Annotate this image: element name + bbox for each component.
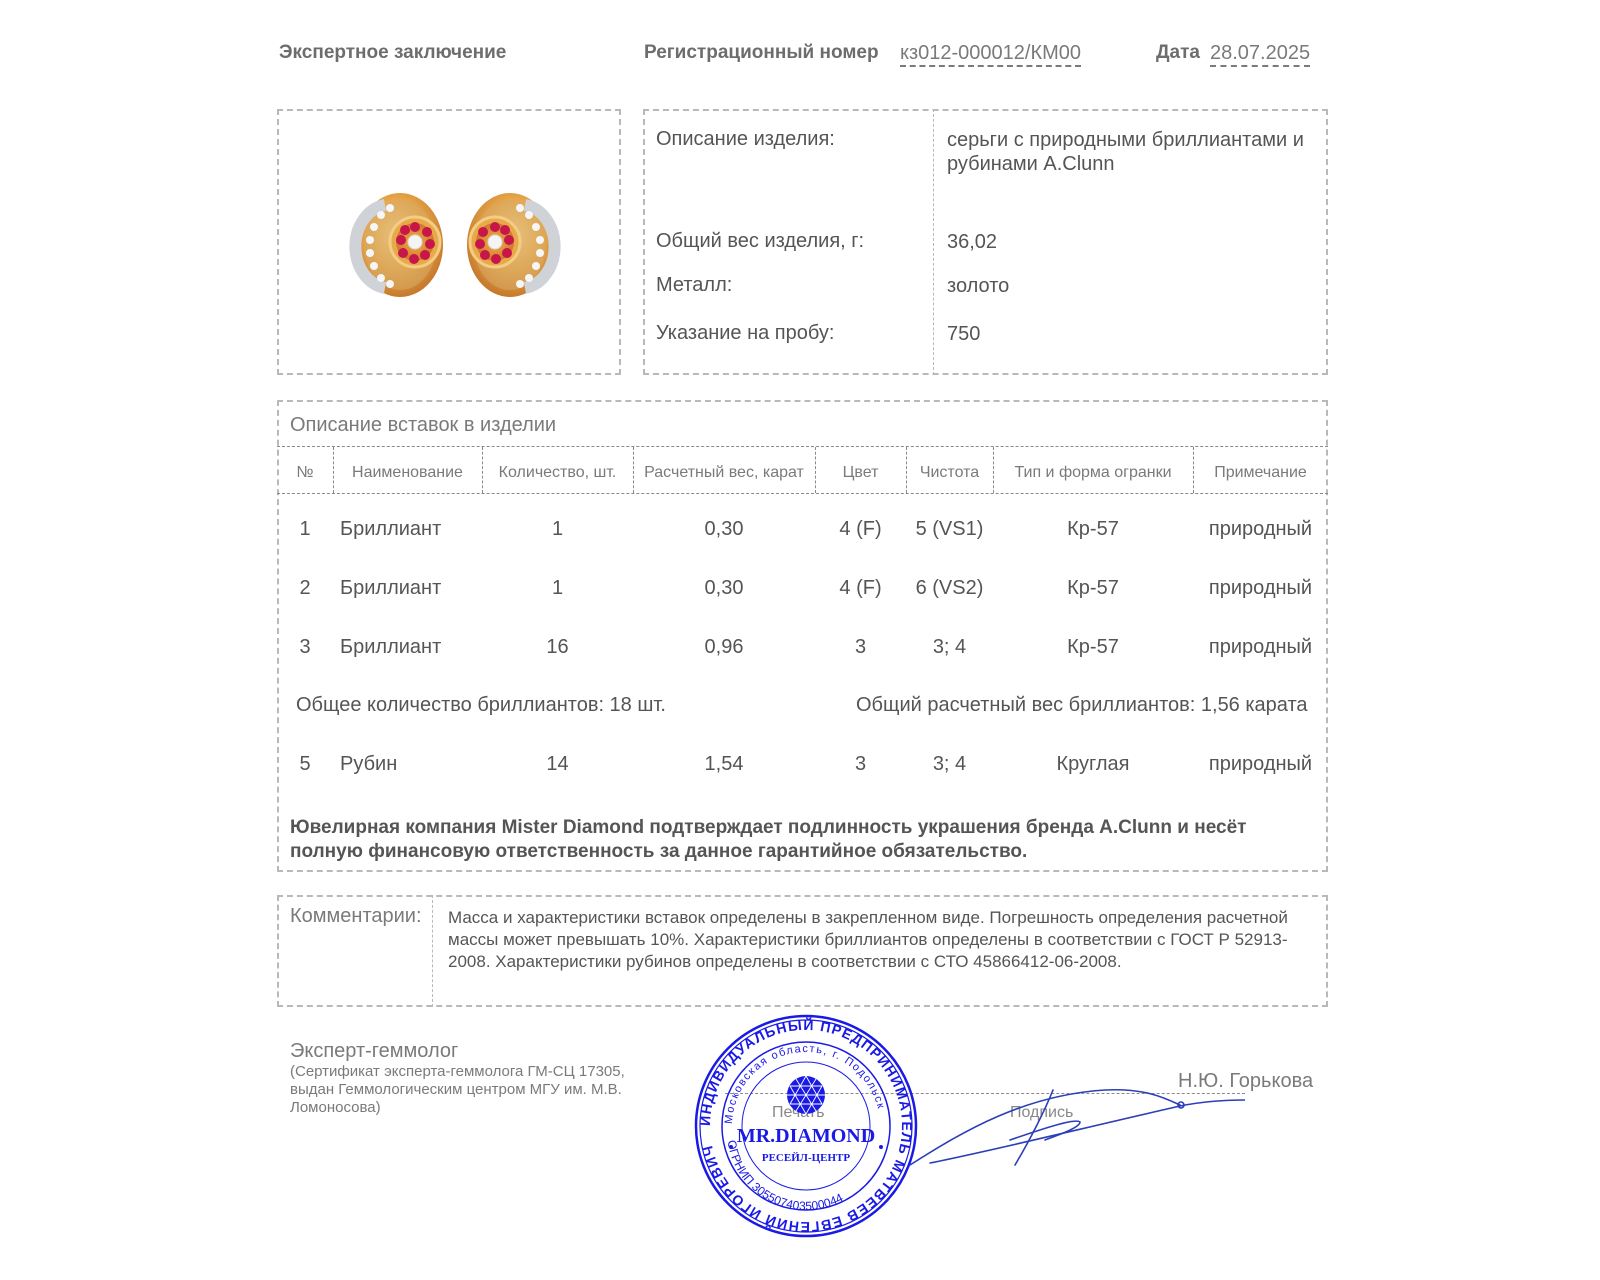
- col-color: Цвет: [815, 464, 906, 482]
- col-clarity: Чистота: [906, 464, 993, 482]
- cell-color: 3: [815, 753, 906, 776]
- handwritten-signature: [905, 1070, 1245, 1170]
- cell-name: Бриллиант: [340, 636, 480, 659]
- description-label: Описание изделия:: [656, 128, 835, 151]
- cell-clarity: 5 (VS1): [906, 518, 993, 541]
- col-name: Наименование: [333, 464, 482, 482]
- cell-note: природный: [1193, 753, 1328, 776]
- authenticity-statement: Ювелирная компания Mister Diamond подтве…: [290, 816, 1310, 864]
- reg-number-value: кз012-000012/КМ00: [900, 42, 1081, 67]
- cell-no: 2: [277, 577, 333, 600]
- cell-cut: Кр-57: [993, 518, 1193, 541]
- cell-qty: 16: [482, 636, 633, 659]
- cell-note: природный: [1193, 518, 1328, 541]
- cell-clarity: 3; 4: [906, 753, 993, 776]
- stamp-brand: MR.DIAMOND: [737, 1125, 875, 1147]
- col-quantity: Количество, шт.: [482, 464, 633, 482]
- hallmark-value: 750: [947, 322, 1317, 346]
- cell-weight: 0,30: [633, 518, 815, 541]
- date-label: Дата: [1156, 42, 1200, 64]
- stamp-subtitle: РЕСЕЙЛ-ЦЕНТР: [762, 1152, 851, 1164]
- cell-weight: 1,54: [633, 753, 815, 776]
- cell-cut: Кр-57: [993, 577, 1193, 600]
- cell-clarity: 3; 4: [906, 636, 993, 659]
- cell-weight: 0,96: [633, 636, 815, 659]
- cell-qty: 1: [482, 518, 633, 541]
- diamond-total-count: Общее количество бриллиантов: 18 шт.: [296, 694, 666, 717]
- cell-qty: 14: [482, 753, 633, 776]
- cell-color: 4 (F): [815, 577, 906, 600]
- col-note: Примечание: [1193, 464, 1328, 482]
- description-value: серьги с природными бриллиантами и рубин…: [947, 128, 1317, 176]
- cell-color: 4 (F): [815, 518, 906, 541]
- cell-color: 3: [815, 636, 906, 659]
- expert-certificate: (Сертификат эксперта-геммолога ГМ-СЦ 173…: [290, 1063, 670, 1117]
- expert-title: Эксперт-геммолог: [290, 1040, 458, 1063]
- cell-name: Бриллиант: [340, 518, 480, 541]
- cell-weight: 0,30: [633, 577, 815, 600]
- comments-label: Комментарии:: [290, 905, 422, 928]
- company-stamp: ИНДИВИДУАЛЬНЫЙ ПРЕДПРИНИМАТЕЛЬ МАТВЕЕВ Е…: [693, 1013, 919, 1239]
- comments-divider: [432, 895, 433, 1007]
- cell-name: Бриллиант: [340, 577, 480, 600]
- hallmark-label: Указание на пробу:: [656, 322, 834, 345]
- earrings-photo: [345, 180, 565, 310]
- diamond-total-weight: Общий расчетный вес бриллиантов: 1,56 ка…: [856, 694, 1308, 717]
- document-title: Экспертное заключение: [279, 42, 506, 64]
- cell-note: природный: [1193, 636, 1328, 659]
- cell-clarity: 6 (VS2): [906, 577, 993, 600]
- total-weight-label: Общий вес изделия, г:: [656, 230, 864, 253]
- reg-number-label: Регистрационный номер: [644, 42, 879, 64]
- cell-cut: Круглая: [993, 753, 1193, 776]
- cell-note: природный: [1193, 577, 1328, 600]
- metal-value: золото: [947, 274, 1317, 298]
- col-number: №: [277, 464, 333, 482]
- cell-name: Рубин: [340, 753, 480, 776]
- col-weight: Расчетный вес, карат: [633, 464, 815, 482]
- cell-no: 3: [277, 636, 333, 659]
- inserts-title: Описание вставок в изделии: [290, 414, 556, 437]
- metal-label: Металл:: [656, 274, 732, 297]
- col-cut: Тип и форма огранки: [993, 464, 1193, 482]
- cell-cut: Кр-57: [993, 636, 1193, 659]
- total-weight-value: 36,02: [947, 230, 1317, 254]
- cell-no: 1: [277, 518, 333, 541]
- comments-text: Масса и характеристики вставок определен…: [448, 907, 1323, 973]
- cell-no: 5: [277, 753, 333, 776]
- info-divider: [933, 109, 934, 375]
- date-value: 28.07.2025: [1210, 42, 1310, 67]
- cell-qty: 1: [482, 577, 633, 600]
